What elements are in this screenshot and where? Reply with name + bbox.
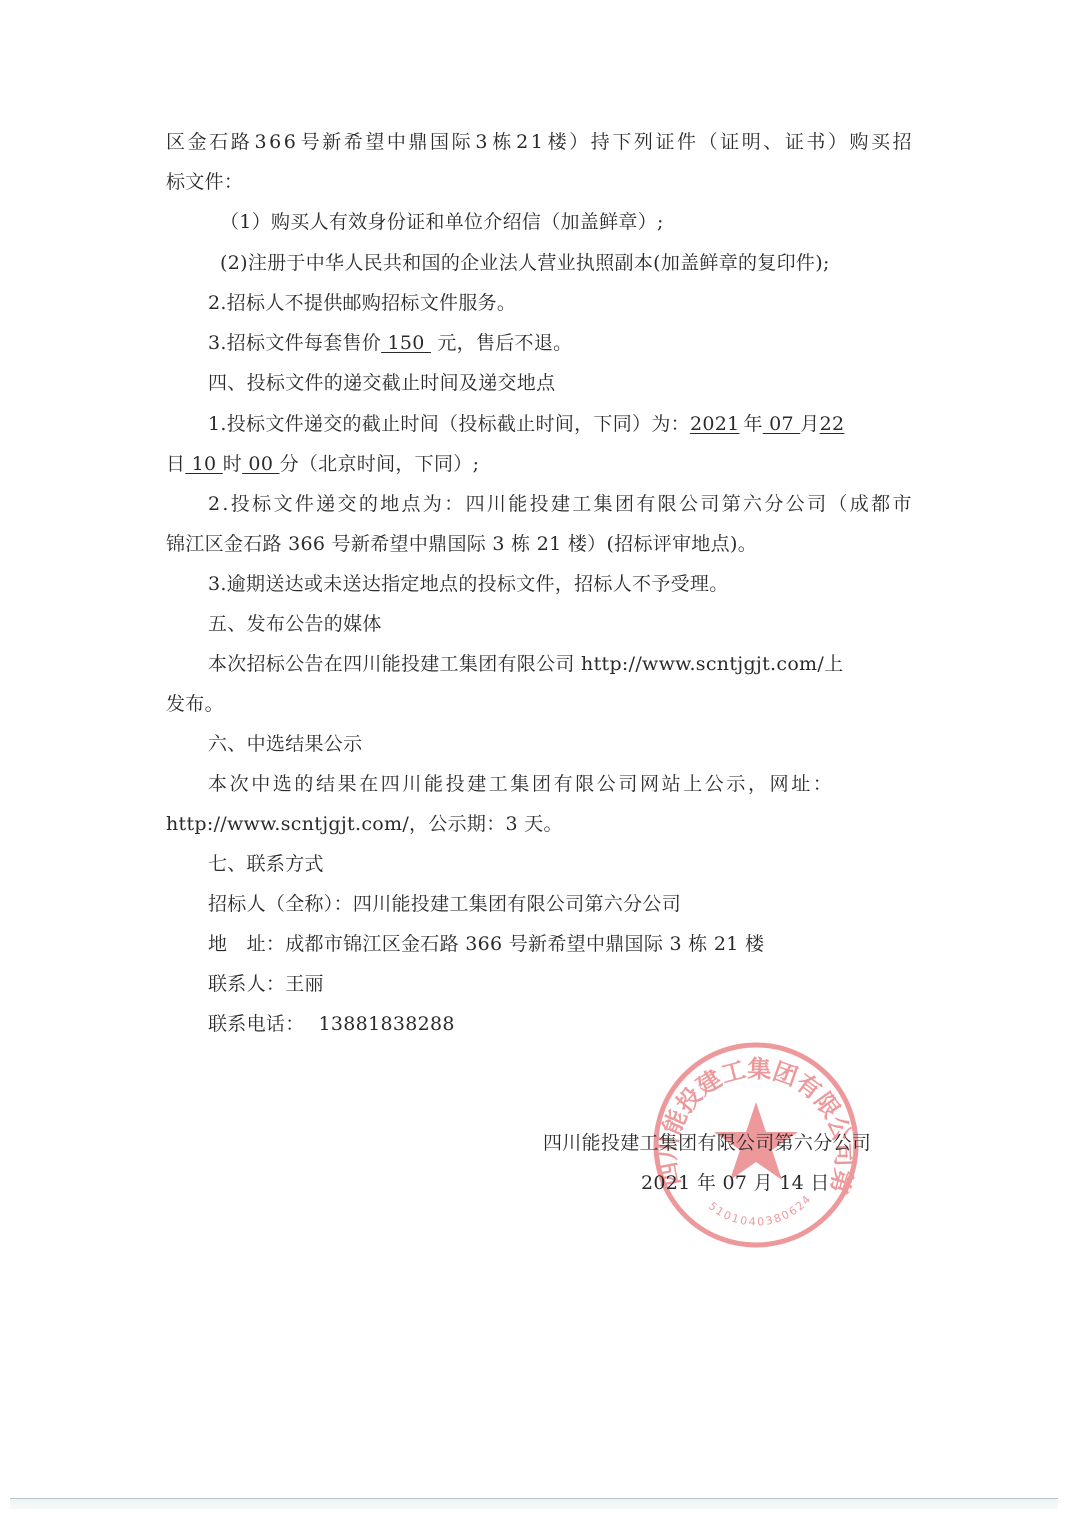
deadline-prefix: 1.投标文件递交的截止时间（投标截止时间，下同）为： — [208, 413, 690, 435]
requirement-2: (2)注册于中华人民共和国的企业法人营业执照副本(加盖鲜章的复印件); — [220, 251, 912, 275]
text-line: 2.招标人不提供邮购招标文件服务。 — [208, 291, 912, 315]
contact-phone: 联系电话：13881838288 — [208, 1012, 912, 1036]
text-line: 3.逾期送达或未送达指定地点的投标文件，招标人不予受理。 — [208, 572, 912, 596]
text-line: 锦江区金石路 366 号新希望中鼎国际 3 栋 21 楼）(招标评审地点)。 — [166, 532, 912, 556]
deadline-minute: 00 — [242, 453, 279, 475]
phone-label: 联系电话： — [208, 1013, 305, 1035]
section-heading-7: 七、联系方式 — [208, 852, 912, 876]
requirement-1: （1）购买人有效身份证和单位介绍信（加盖鲜章）; — [220, 210, 912, 234]
deadline-year-unit: 年 — [744, 413, 763, 435]
deadline-month: 07 — [763, 413, 800, 435]
deadline-hour-unit: 时 — [223, 453, 242, 475]
signature-company: 四川能投建工集团有限公司第六分公司 — [543, 1131, 871, 1155]
text-line: 2.投标文件递交的地点为：四川能投建工集团有限公司第六分公司（成都市 — [208, 492, 912, 516]
text-line: 发布。 — [166, 692, 912, 716]
text-line: 本次招标公告在四川能投建工集团有限公司 http://www.scntjgjt.… — [208, 652, 912, 676]
deadline-day-unit: 日 — [166, 453, 185, 475]
deadline-month-unit: 月 — [800, 413, 819, 435]
text-line: 本次中选的结果在四川能投建工集团有限公司网站上公示，网址： — [208, 772, 912, 796]
phone-value: 13881838288 — [319, 1013, 455, 1035]
section-heading-5: 五、发布公告的媒体 — [208, 612, 912, 636]
deadline-line-cont: 日 10 时 00 分（北京时间，下同）; — [166, 452, 912, 476]
price-prefix: 3.招标文件每套售价 — [208, 332, 381, 354]
deadline-line: 1.投标文件递交的截止时间（投标截止时间，下同）为：2021年 07 月22 — [208, 412, 912, 436]
signature-date: 2021 年 07 月 14 日 — [641, 1171, 830, 1195]
deadline-hour: 10 — [185, 453, 222, 475]
contact-person: 联系人：王丽 — [208, 972, 912, 996]
deadline-minute-unit: 分（北京时间，下同）; — [280, 453, 480, 475]
section-heading-6: 六、中选结果公示 — [208, 732, 912, 756]
svg-text:5101040380624: 5101040380624 — [706, 1192, 815, 1229]
section-heading-4: 四、投标文件的递交截止时间及递交地点 — [208, 371, 912, 395]
deadline-day: 22 — [820, 413, 845, 435]
text-line: 区金石路 366 号新希望中鼎国际 3 栋 21 楼）持下列证件（证明、证书）购… — [166, 130, 912, 154]
contact-address: 地 址：成都市锦江区金石路 366 号新希望中鼎国际 3 栋 21 楼 — [208, 932, 912, 956]
page-bottom-edge — [10, 1498, 1058, 1509]
price-suffix: 元，售后不退。 — [431, 332, 572, 354]
document-page: 区金石路 366 号新希望中鼎国际 3 栋 21 楼）持下列证件（证明、证书）购… — [0, 0, 1072, 1517]
deadline-year: 2021 — [690, 413, 740, 435]
text-line: http://www.scntjgjt.com/，公示期：3 天。 — [166, 812, 912, 836]
contact-tenderer: 招标人（全称）：四川能投建工集团有限公司第六分公司 — [208, 892, 912, 916]
price-amount: 150 — [381, 332, 431, 354]
price-line: 3.招标文件每套售价 150 元，售后不退。 — [208, 331, 912, 355]
text-line: 标文件： — [166, 170, 912, 194]
